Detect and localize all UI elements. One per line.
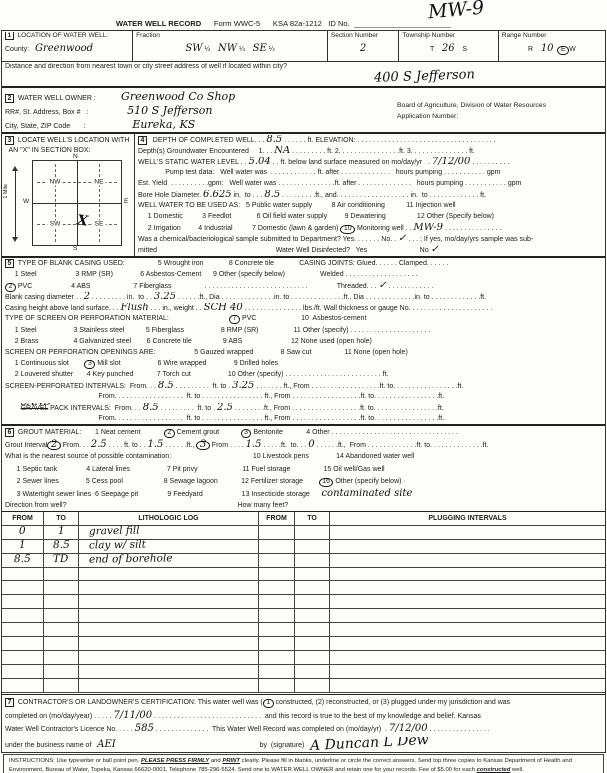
table-cell [330, 623, 605, 637]
table-cell [79, 581, 259, 595]
printed-text: . . . . .ft. to. . . [262, 442, 309, 449]
header-to-1: TO [44, 512, 79, 526]
table-cell [295, 595, 330, 609]
printed-text: 2 Irrigation 4 Industrial 7 Domestic (la… [138, 225, 340, 232]
table-cell [330, 567, 605, 581]
circled-answer: E [557, 46, 569, 55]
locate-title-2: AN "X" IN SECTION BOX: [5, 146, 134, 156]
distance-label: Distance and direction from nearest town… [5, 63, 602, 70]
table-cell: TD [44, 553, 79, 568]
table-row [2, 595, 605, 609]
handwritten-text: clay w/ silt [89, 539, 146, 552]
printed-text: . . . in., weight . . [149, 305, 204, 312]
handwritten-text: Greenwood [35, 43, 93, 54]
printed-text: County: [5, 46, 35, 53]
handwritten-text: SCH 40 [204, 303, 243, 313]
printed-text: From. . . . . . . . . . . . . . . . . . … [5, 415, 444, 422]
table-cell [44, 567, 79, 581]
section-casing-screen: 5 TYPE OF BLANK CASING USED: 5 Wrought i… [2, 258, 605, 426]
handwritten-text: contaminated site [321, 488, 412, 499]
table-cell: 8.5 [44, 539, 79, 554]
printed-text: in. to . . . [232, 192, 265, 199]
table-row [2, 651, 605, 665]
section-grout-contamination: 6 GROUT MATERIAL: 1 Neat cement 2 Cement… [2, 426, 605, 512]
printed-text: 1 Continuous slot [5, 360, 84, 367]
printed-text: Depth(s) Groundwater Encountered 1. . . [138, 148, 274, 155]
printed-text: INSTRUCTIONS: Use typewriter or ball poi… [9, 758, 141, 764]
township-cell: Township Number T 26 S [399, 31, 498, 61]
table-cell [79, 637, 259, 651]
county-value: County: Greenwood [5, 42, 129, 58]
range-label: Range Number [502, 32, 602, 42]
table-cell [259, 679, 295, 693]
table-cell [79, 665, 259, 679]
form-line: From. . . . . . . . . . . . . . . . . . … [5, 414, 603, 425]
table-cell [295, 651, 330, 665]
header-to-2: TO [295, 512, 330, 526]
printed-text: SCREEN-PERFORATED INTERVALS: From. . . [5, 383, 158, 390]
section-number-box: 3 [5, 136, 14, 145]
printed-text: LOCATION OF WATER WELL: [16, 32, 109, 39]
printed-text: well. [510, 767, 523, 773]
form-line: Grout Interval2 From. . . 2.5 . . . . ft… [5, 439, 603, 451]
printed-text: Other (specify below) · [333, 478, 405, 485]
table-cell [2, 665, 44, 679]
table-cell [330, 525, 605, 540]
form-line: under the business name of AEI by (signa… [5, 737, 603, 750]
printed-text: ¼ [202, 46, 218, 53]
printed-text: RR#, St. Address, Box # : [5, 109, 127, 116]
printed-text: 2 Sewer lines 5 Cess pool 8 Sewage lagoo… [5, 478, 319, 485]
handwritten-text: 7/12/00 [432, 157, 471, 167]
section-box-grid: NW NE SW SE X [32, 160, 122, 246]
table-cell [79, 623, 259, 637]
handwritten-text: 3.25 [232, 381, 254, 391]
emphasized-text: PLEASE PRESS FIRMLY [141, 758, 209, 764]
form-line: Water Well Contractor's Licence No. . . … [5, 723, 603, 736]
table-row [2, 581, 605, 595]
table-cell [330, 665, 605, 679]
handwritten-text: 6.625 [203, 190, 232, 200]
printed-text: SCREEN OR PERFORATION OPENINGS ARE: 5 Ga… [5, 349, 408, 356]
table-cell [79, 679, 259, 693]
section-number-box: 1 [5, 32, 14, 40]
table-cell [259, 595, 295, 609]
handwritten-text: 26 [442, 43, 455, 54]
printed-text: S [455, 46, 467, 53]
handwritten-text: 5.04 [249, 157, 271, 167]
printed-text: R [528, 46, 541, 53]
form-line: 3 Watertight sewer lines 6 Seepage pit 9… [5, 488, 603, 500]
table-cell [259, 553, 295, 568]
table-cell [44, 651, 79, 665]
form-line: SCREEN OR PERFORATION OPENINGS ARE: 5 Ga… [5, 348, 603, 359]
east-label: E [124, 198, 128, 205]
table-row [2, 637, 605, 651]
printed-text: Form WWC-5 KSA 82a-1212 ID No. _________… [201, 19, 451, 28]
handwritten-text: 2.5 [217, 403, 233, 413]
circled-answer: 3 [84, 360, 95, 369]
table-cell [79, 567, 259, 581]
printed-text: . . . . . .ft., From . . . . . . . . . .… [315, 442, 489, 449]
fraction-label: Fraction [136, 32, 324, 42]
table-cell [79, 651, 259, 665]
table-cell: gravel fill [79, 525, 259, 540]
section-location-and-depth: 3 LOCATE WELL'S LOCATION WITH AN "X" IN … [2, 134, 605, 258]
table-cell [259, 665, 295, 679]
form-line: From. . . . . . . . . . . . . . . . . . … [5, 392, 603, 403]
form-line: 2 Brass 4 Galvanized steel 6 Concrete ti… [5, 337, 603, 348]
form-line: 1 Continuous slot 3 Mill slot 6 Wire wra… [5, 359, 603, 370]
circled-answer: 1 [263, 699, 274, 708]
printed-text: . . . . . . . . . . . . . . . [443, 225, 501, 232]
form-line: 1 Steel 3 Stainless steel 5 Fiberglass 8… [5, 326, 603, 337]
fraction-cell: Fraction SW ¼ NW ¼ SE ¼ [133, 31, 328, 61]
table-cell [259, 623, 295, 637]
section-depth-and-use: 4 DEPTH OF COMPLETED WELL. . . 8.5 . . .… [135, 134, 605, 256]
form-line: Depth(s) Groundwater Encountered 1. . . … [138, 146, 603, 157]
printed-text: clearly. Please fill in blanks, underlin… [240, 758, 572, 764]
printed-text: W [569, 46, 576, 53]
printed-text: Section Number [331, 32, 378, 39]
section-number-box: 7 [5, 698, 14, 707]
table-cell: end of borehole [79, 553, 259, 568]
form-line: Casing height above land surface. . . Fl… [5, 303, 603, 314]
handwritten-text: 1.5 [246, 439, 262, 450]
table-body: 01gravel fill18.5clay w/ silt8.5TDend of… [2, 525, 605, 693]
form-line: 7 CONTRACTOR'S OR LANDOWNER'S CERTIFICAT… [5, 697, 603, 710]
well-location-x-mark: X [76, 212, 89, 229]
form-line: completed on (mo/day/year) . . . . . 7/1… [5, 710, 603, 723]
handwritten-text: SW [185, 43, 202, 54]
table-cell [295, 539, 330, 554]
emphasized-text: constructed [477, 767, 511, 773]
table-cell [79, 609, 259, 623]
table-cell [259, 567, 295, 581]
handwritten-text: 585 [135, 723, 154, 734]
grid-dash [55, 164, 56, 241]
table-cell [295, 553, 330, 568]
printed-text: Was a chemical/bacteriological sample su… [138, 236, 398, 243]
section-location: 1 LOCATION OF WATER WELL: County: Greenw… [2, 31, 605, 62]
table-row: 01gravel fill [2, 525, 605, 539]
printed-text: 1 Septic tank 4 Lateral lines 7 Pit priv… [5, 466, 385, 473]
form-line: Direction from well? How many feet? [5, 500, 603, 512]
form-line: 5 TYPE OF BLANK CASING USED: 5 Wrought i… [5, 259, 603, 270]
printed-text: City, State, ZIP Code : [5, 123, 132, 130]
table-cell [44, 609, 79, 623]
table-cell [330, 651, 605, 665]
printed-text: mitted Water Well Disinfected? Yes No [138, 247, 431, 254]
handwritten-text: 1.5 [148, 439, 164, 450]
table-cell [295, 581, 330, 595]
form-line: Bore Hole Diameter. 6.625 in. to . . . 8… [138, 190, 603, 201]
printed-text: Direction from well? How many feet? [5, 502, 288, 509]
handwritten-text: NA [274, 146, 290, 156]
table-cell [44, 595, 79, 609]
section-number-value: 2 [331, 42, 396, 58]
handwritten-text: 0 [19, 525, 26, 537]
emphasized-text: PRINT [222, 758, 240, 764]
printed-text: . . . . . . . .ft., From . . . . . . . .… [233, 405, 444, 412]
quadrant-nw: NW [48, 179, 63, 186]
table-cell [295, 567, 330, 581]
header-from-1: FROM [2, 512, 44, 526]
table-cell [330, 539, 605, 554]
form-line: 2 PVC 4 ABS 7 Fiberglass . . . . . . . .… [5, 281, 603, 292]
printed-text: . . . ; If yes, mo/day/yrs sample was su… [406, 236, 533, 243]
printed-text: . . . . . . . ft., From . . . . . . . . … [254, 383, 463, 390]
handwritten-text: NW [218, 43, 237, 54]
handwritten-text: 2.5 [91, 439, 107, 450]
section-number-box: 5 [5, 259, 14, 268]
table-cell [2, 637, 44, 651]
quadrant-sw: SW [48, 221, 63, 228]
printed-text: PACK INTERVALS: From. . . [48, 405, 143, 412]
locate-title-1: 3 LOCATE WELL'S LOCATION WITH [5, 136, 134, 146]
printed-text: Pump test data: Well water was . . . . .… [138, 169, 500, 176]
printed-text: Distance and direction from nearest town… [5, 63, 287, 70]
location-label: 1 LOCATION OF WATER WELL: [5, 32, 129, 42]
form-line: 1 Septic tank 4 Lateral lines 7 Pit priv… [5, 464, 603, 476]
printed-text: . . . . . .ft., [163, 442, 196, 449]
form-line: TYPE OF SCREEN OR PERFORATION MATERIAL: … [5, 314, 603, 325]
printed-text: GROUT MATERIAL: 1 Neat cement [16, 429, 164, 436]
handwritten-text: ✓ [431, 245, 439, 255]
grid-dash [99, 164, 100, 241]
township-label: Township Number [402, 32, 494, 42]
township-value: T 26 S [402, 42, 494, 58]
quadrant-ne: NE [92, 179, 105, 186]
table-cell [44, 637, 79, 651]
printed-text: Mill slot 6 Wire wrapped 9 Drilled holes [95, 360, 278, 367]
printed-text: and [209, 758, 222, 764]
handwritten-text: ✓ [378, 281, 386, 291]
form-line: 2 Sewer lines 5 Cess pool 8 Sewage lagoo… [5, 476, 603, 488]
form-line: Environment, Bureau of Water, Topeka, Ka… [9, 766, 598, 773]
handwritten-text: 8.5 [14, 553, 31, 565]
table-cell [259, 651, 295, 665]
signature: A Duncan L Dew [310, 737, 429, 750]
handwritten-text: SE [253, 43, 267, 54]
printed-text: LOCATE WELL'S LOCATION WITH [16, 137, 129, 144]
form-line: 2 Louvered shutter 4 Key punched 7 Torch… [5, 370, 603, 381]
table-cell [2, 679, 44, 693]
table-cell [2, 623, 44, 637]
table-header-row: FROM TO LITHOLOGIC LOG FROM TO PLUGGING … [2, 512, 605, 525]
handwritten-text: 1 [58, 525, 65, 537]
printed-text: WELL WATER TO BE USED AS: 5 Public water… [138, 202, 456, 209]
table-cell [2, 595, 44, 609]
table-cell [259, 581, 295, 595]
table-cell: 0 [2, 525, 44, 540]
printed-text: . . ft. below land surface measured on m… [271, 159, 432, 166]
table-cell [295, 679, 330, 693]
form-title: WATER WELL RECORD Form WWC-5 KSA 82a-121… [0, 19, 567, 28]
printed-text: . . . . . . . . . . . . [387, 283, 434, 290]
instructions-box: INSTRUCTIONS: Use typewriter or ball poi… [3, 754, 604, 773]
table-cell [44, 623, 79, 637]
circled-answer: 7 [229, 315, 240, 324]
table-cell [295, 609, 330, 623]
printed-text: . . . . . . . . . . . . . . . . . . . . … [152, 713, 481, 720]
table-cell [295, 623, 330, 637]
printed-text: Monitoring well . . [355, 225, 413, 232]
handwritten-text: 7/11/00 [114, 710, 153, 721]
printed-text: constructed, (2) reconstructed, or (3) p… [274, 699, 511, 706]
form-line: 6 GROUT MATERIAL: 1 Neat cement 2 Cement… [5, 427, 603, 439]
section-owner: 2 WATER WELL OWNER : Greenwood Co ShopRR… [2, 88, 605, 134]
form-line: WELL'S STATIC WATER LEVEL . . 5.04 . . f… [138, 157, 603, 168]
county-cell: 1 LOCATION OF WATER WELL: County: Greenw… [2, 31, 133, 61]
printed-text: TYPE OF BLANK CASING USED: 5 Wrought iro… [16, 260, 448, 267]
table-cell [2, 567, 44, 581]
table-cell: 1 [44, 525, 79, 540]
printed-text [5, 405, 21, 412]
table-row [2, 665, 605, 679]
printed-text: . . . . . . ft. ELEVATION: . . . . . . .… [282, 137, 495, 144]
form-line: 1 Steel 3 RMP (SR) 6 Asbestos-Cement 9 O… [5, 270, 603, 281]
printed-text: Bore Hole Diameter. [138, 192, 203, 199]
agency-name: Board of Agriculture, Division of Water … [397, 100, 597, 111]
printed-text: Range Number [502, 32, 547, 39]
section-number-box: 2 [5, 94, 14, 103]
printed-text: ¼ [237, 46, 253, 53]
table-cell [330, 553, 605, 568]
form-line: INSTRUCTIONS: Use typewriter or ball poi… [9, 757, 598, 766]
printed-text: 1 Steel 3 RMP (SR) 6 Asbestos-Cement 9 O… [5, 271, 417, 278]
handwritten-text: 8.5 [158, 381, 174, 391]
form-line: WELL WATER TO BE USED AS: 5 Public water… [138, 201, 603, 212]
one-mile-arrow [15, 168, 16, 240]
section-number-cell: Section Number 2 [328, 31, 400, 61]
section-locate-box: 3 LOCATE WELL'S LOCATION WITH AN "X" IN … [2, 134, 135, 256]
table-cell [259, 539, 295, 554]
printed-text: Est. Yield . . . . . . . . . .gpm: Well … [138, 180, 521, 187]
agency-info: Board of Agriculture, Division of Water … [397, 100, 597, 122]
printed-text: by (signature) [116, 742, 311, 749]
printed-text: Fraction [136, 32, 160, 39]
printed-text: WATER WELL OWNER : [16, 95, 121, 102]
quadrant-se: SE [93, 221, 106, 228]
distance-direction-row: Distance and direction from nearest town… [2, 62, 605, 88]
south-label: S [73, 245, 77, 252]
header-plugging-intervals: PLUGGING INTERVALS [330, 512, 605, 526]
circled-answer: 3 [241, 429, 252, 438]
handwritten-circled: 2 [47, 441, 60, 450]
table-row: 8.5TDend of borehole [2, 553, 605, 567]
form-line: 2 Irrigation 4 Industrial 7 Domestic (la… [138, 223, 603, 234]
printed-text: PVC 10 Asbestos-cement [240, 315, 366, 322]
printed-text: . . . . . . . . . . [470, 159, 509, 166]
table-cell [330, 609, 605, 623]
printed-text: Township Number [402, 32, 455, 39]
handwritten-text: 1 [19, 539, 26, 551]
header-from-2: FROM [259, 512, 295, 526]
range-value: R 10 EW [502, 42, 602, 58]
circled-answer: 2 [5, 283, 16, 292]
printed-text: Environment, Bureau of Water, Topeka, Ka… [9, 767, 477, 773]
form-line: mitted Water Well Disinfected? Yes No ✓ [138, 245, 603, 256]
printed-text: . . . . . . . . . . . . . . . . [428, 726, 490, 733]
printed-bold: WATER WELL RECORD [116, 19, 201, 28]
printed-text: T [430, 46, 442, 53]
table-cell [259, 609, 295, 623]
printed-text: under the business name of [5, 742, 97, 749]
handwritten-text: gravel fill [89, 525, 140, 538]
form-line: SCREEN-PERFORATED INTERVALS: From. . . 8… [5, 381, 603, 392]
handwritten-text: 8.5 [143, 403, 159, 413]
table-cell [295, 665, 330, 679]
header-lithologic-log: LITHOLOGIC LOG [79, 512, 259, 526]
water-well-record-form: MW-9 WATER WELL RECORD Form WWC-5 KSA 82… [0, 0, 607, 773]
distance-handwritten: 400 S Jefferson [374, 67, 475, 86]
printed-text: DEPTH OF COMPLETED WELL. . . [149, 137, 266, 144]
circled-answer: 16 [319, 478, 334, 487]
table-cell [259, 525, 295, 540]
handwritten-text: AEI [97, 739, 115, 750]
table-cell: 1 [2, 539, 44, 554]
table-cell [2, 581, 44, 595]
printed-text: . . . . . . . . . ft. to . [159, 405, 217, 412]
west-label: W [23, 198, 29, 205]
printed-text: . . . . . . . . . . . . . . This Water W… [154, 726, 389, 733]
section-number-label: Section Number [331, 32, 396, 42]
printed-text: Water Well Contractor's Licence No. . . … [5, 726, 135, 733]
section-certification: 7 CONTRACTOR'S OR LANDOWNER'S CERTIFICAT… [2, 694, 605, 752]
table-cell [79, 595, 259, 609]
printed-text: . . . . . . . . .ft., and. . . . . . . .… [280, 192, 486, 199]
table-cell [44, 581, 79, 595]
form-line: Was a chemical/bacteriological sample su… [138, 234, 603, 245]
table-row [2, 623, 605, 637]
table-cell [330, 595, 605, 609]
circled-answer: 2 [164, 429, 175, 438]
table-cell [295, 525, 330, 540]
handwritten-text: Greenwood Co Shop [121, 90, 235, 103]
printed-text: Bentonite 4 Other . . . . . . . . . . . … [251, 429, 458, 436]
grid-line [33, 203, 121, 204]
application-number-label: Application Number: [397, 111, 597, 122]
printed-text: What is the nearest source of possible c… [5, 453, 414, 460]
table-cell [330, 581, 605, 595]
table-cell: 8.5 [2, 553, 44, 568]
table-row: 18.5clay w/ silt [2, 539, 605, 553]
printed-text: From. . . [61, 442, 91, 449]
handwritten-text: Eureka, KS [132, 118, 195, 131]
section-number-box: 6 [5, 428, 14, 437]
range-cell: Range Number R 10 EW [499, 31, 605, 61]
printed-text: ¼ [267, 46, 275, 53]
section-number-box: 4 [138, 136, 147, 145]
printed-text: 1 Steel 3 Stainless steel 5 Fiberglass 8… [5, 327, 430, 334]
handwritten-text: 8.5 [264, 190, 280, 200]
north-label: N [73, 153, 78, 160]
form-line: Pump test data: Well water was . . . . .… [138, 168, 603, 179]
table-row [2, 609, 605, 623]
handwritten-text: 510 S Jefferson [127, 104, 212, 117]
printed-text: TYPE OF SCREEN OR PERFORATION MATERIAL: [5, 315, 229, 322]
handwritten-text: 7/12/00 [389, 723, 428, 734]
table-row [2, 567, 605, 581]
form-body: 1 LOCATION OF WATER WELL: County: Greenw… [1, 30, 606, 753]
handwritten-circled: 3 [196, 441, 209, 450]
printed-text: Grout Interval [5, 442, 47, 449]
form-line: Est. Yield . . . . . . . . . .gpm: Well … [138, 179, 603, 190]
circled-answer: 10 [340, 225, 355, 234]
printed-text: Cement grout [175, 429, 241, 436]
printed-text: From. . . . . . . . . . . . . . . . . . … [5, 393, 444, 400]
